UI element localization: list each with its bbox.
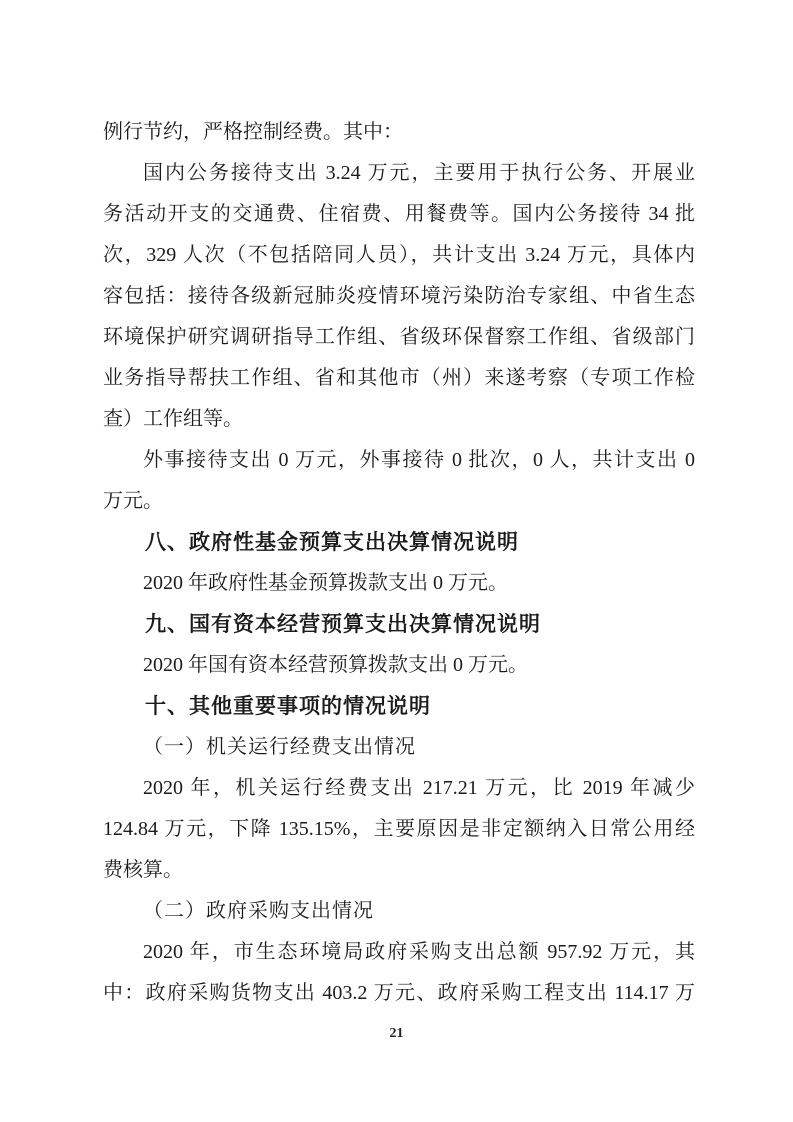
section-heading-line: 九、国有资本经营预算支出决算情况说明 — [103, 604, 695, 645]
body-text-line: 国内公务接待支出 3.24 万元，主要用于执行公务、开展业 — [103, 153, 695, 194]
body-text-line: 查）工作组等。 — [103, 399, 695, 440]
subsection-heading-line: （一）机关运行经费支出情况 — [103, 727, 695, 768]
body-text-line: 万元。 — [103, 481, 695, 522]
body-text-line: 费核算。 — [103, 850, 695, 891]
body-text-line: 2020 年，机关运行经费支出 217.21 万元，比 2019 年减少 — [103, 768, 695, 809]
body-text-line: 次，329 人次（不包括陪同人员），共计支出 3.24 万元，具体内 — [103, 235, 695, 276]
body-text-line: 务活动开支的交通费、住宿费、用餐费等。国内公务接待 34 批 — [103, 194, 695, 235]
page-number: 21 — [0, 1026, 793, 1042]
body-text-line: 2020 年政府性基金预算拨款支出 0 万元。 — [103, 563, 695, 604]
subsection-heading-line: （二）政府采购支出情况 — [103, 891, 695, 932]
body-text-line: 环境保护研究调研指导工作组、省级环保督察工作组、省级部门 — [103, 317, 695, 358]
body-text-line: 中：政府采购货物支出 403.2 万元、政府采购工程支出 114.17 万 — [103, 973, 695, 1014]
body-text-line: 业务指导帮扶工作组、省和其他市（州）来遂考察（专项工作检 — [103, 358, 695, 399]
body-text-line: 例行节约，严格控制经费。其中： — [103, 112, 695, 153]
document-page: 例行节约，严格控制经费。其中：国内公务接待支出 3.24 万元，主要用于执行公务… — [0, 0, 793, 1122]
section-heading-line: 八、政府性基金预算支出决算情况说明 — [103, 522, 695, 563]
body-text-line: 外事接待支出 0 万元，外事接待 0 批次，0 人，共计支出 0 — [103, 440, 695, 481]
section-heading-line: 十、其他重要事项的情况说明 — [103, 686, 695, 727]
body-text-line: 2020 年，市生态环境局政府采购支出总额 957.92 万元，其 — [103, 932, 695, 973]
body-text-line: 2020 年国有资本经营预算拨款支出 0 万元。 — [103, 645, 695, 686]
document-body: 例行节约，严格控制经费。其中：国内公务接待支出 3.24 万元，主要用于执行公务… — [103, 112, 695, 1014]
body-text-line: 124.84 万元，下降 135.15%，主要原因是非定额纳入日常公用经 — [103, 809, 695, 850]
body-text-line: 容包括：接待各级新冠肺炎疫情环境污染防治专家组、中省生态 — [103, 276, 695, 317]
